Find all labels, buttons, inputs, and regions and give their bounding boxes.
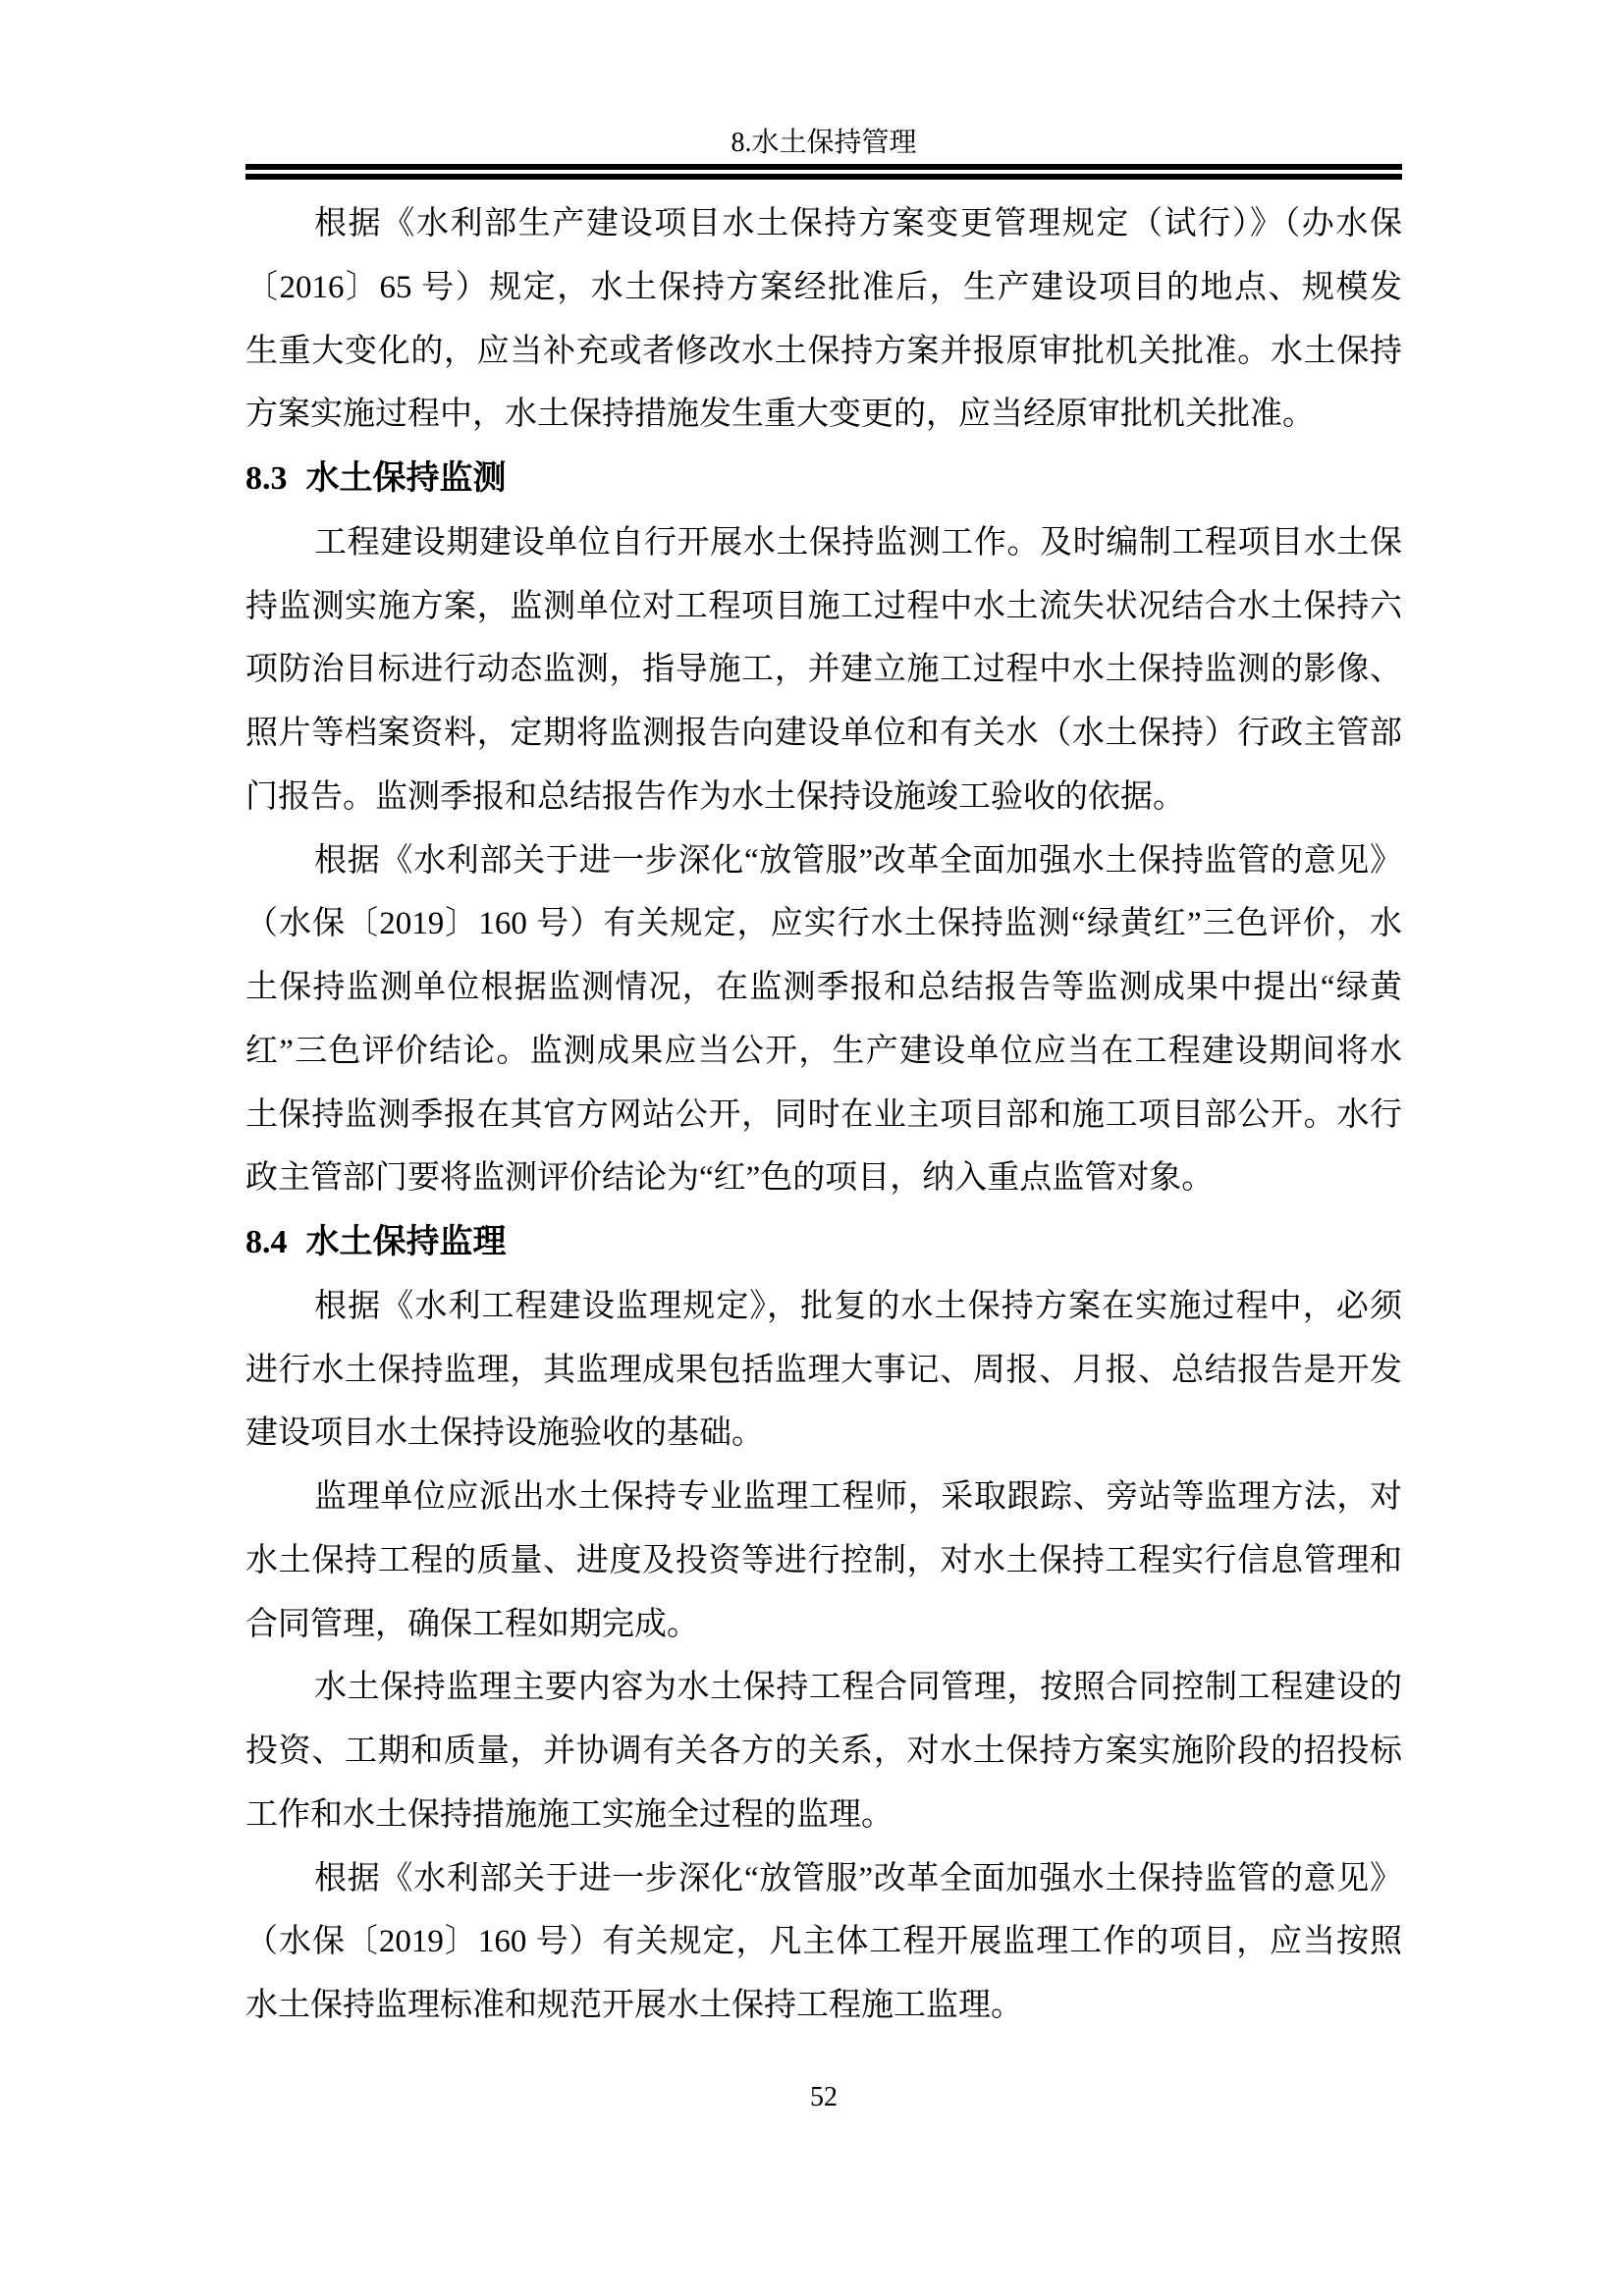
section-number: 8.4	[245, 1224, 288, 1260]
running-head-title: 8.水土保持管理	[245, 126, 1402, 161]
text-line: 政主管部门要将监测评价结论为“红”色的项目，纳入重点监管对象。	[245, 1147, 1402, 1210]
section-heading: 8.4水土保持监理	[245, 1210, 1402, 1275]
text-line: 〔2016〕65 号）规定，水土保持方案经批准后，生产建设项目的地点、规模发	[245, 256, 1402, 320]
section-number: 8.3	[245, 460, 288, 497]
text-line: 根据《水利工程建设监理规定》，批复的水土保持方案在实施过程中，必须	[245, 1275, 1402, 1339]
section-title: 水土保持监理	[306, 1222, 507, 1261]
text-line: 门报告。监测季报和总结报告作为水土保持设施竣工验收的依据。	[245, 766, 1402, 829]
header-rule	[245, 164, 1402, 180]
page-header: 8.水土保持管理	[245, 126, 1402, 180]
text-line: 建设项目水土保持设施验收的基础。	[245, 1402, 1402, 1466]
text-line: 水土保持监理标准和规范开展水土保持工程施工监理。	[245, 1974, 1402, 2038]
text-line: 土保持监测单位根据监测情况，在监测季报和总结报告等监测成果中提出“绿黄	[245, 956, 1402, 1020]
page-number: 52	[810, 2082, 838, 2112]
text-line: 投资、工期和质量，并协调有关各方的关系，对水土保持方案实施阶段的招投标	[245, 1720, 1402, 1784]
section-heading: 8.3水土保持监测	[245, 447, 1402, 511]
text-line: 根据《水利部生产建设项目水土保持方案变更管理规定（试行）》（办水保	[245, 192, 1402, 256]
text-line: 水土保持监理主要内容为水土保持工程合同管理，按照合同控制工程建设的	[245, 1656, 1402, 1720]
section-title: 水土保持监测	[306, 458, 507, 498]
text-line: 方案实施过程中，水土保持措施发生重大变更的，应当经原审批机关批准。	[245, 383, 1402, 447]
text-line: 工作和水土保持措施施工实施全过程的监理。	[245, 1784, 1402, 1847]
text-line: 土保持监测季报在其官方网站公开，同时在业主项目部和施工项目部公开。水行	[245, 1084, 1402, 1148]
text-line: （水保〔2019〕160 号）有关规定，应实行水土保持监测“绿黄红”三色评价，水	[245, 892, 1402, 956]
text-line: 持监测实施方案，监测单位对工程项目施工过程中水土流失状况结合水土保持六	[245, 575, 1402, 639]
text-line: 红”三色评价结论。监测成果应当公开，生产建设单位应当在工程建设期间将水	[245, 1020, 1402, 1084]
document-body: 根据《水利部生产建设项目水土保持方案变更管理规定（试行）》（办水保〔2016〕6…	[245, 192, 1402, 2038]
text-line: 监理单位应派出水土保持专业监理工程师，采取跟踪、旁站等监理方法，对	[245, 1466, 1402, 1529]
page: 8.水土保持管理 根据《水利部生产建设项目水土保持方案变更管理规定（试行）》（办…	[0, 0, 1624, 2296]
text-line: 进行水土保持监理，其监理成果包括监理大事记、周报、月报、总结报告是开发	[245, 1339, 1402, 1403]
text-line: 水土保持工程的质量、进度及投资等进行控制，对水土保持工程实行信息管理和	[245, 1529, 1402, 1593]
text-line: 项防治目标进行动态监测，指导施工，并建立施工过程中水土保持监测的影像、	[245, 638, 1402, 702]
text-line: 根据《水利部关于进一步深化“放管服”改革全面加强水土保持监管的意见》	[245, 1847, 1402, 1911]
header-rule-bottom-line	[245, 174, 1402, 180]
text-line: 根据《水利部关于进一步深化“放管服”改革全面加强水土保持监管的意见》	[245, 829, 1402, 893]
page-footer: 52	[245, 2081, 1402, 2114]
text-line: 生重大变化的，应当补充或者修改水土保持方案并报原审批机关批准。水土保持	[245, 320, 1402, 384]
text-line: 合同管理，确保工程如期完成。	[245, 1593, 1402, 1657]
text-line: 工程建设期建设单位自行开展水土保持监测工作。及时编制工程项目水土保	[245, 511, 1402, 575]
text-line: （水保〔2019〕160 号）有关规定，凡主体工程开展监理工作的项目，应当按照	[245, 1910, 1402, 1974]
text-line: 照片等档案资料，定期将监测报告向建设单位和有关水（水土保持）行政主管部	[245, 702, 1402, 766]
content-column: 8.水土保持管理 根据《水利部生产建设项目水土保持方案变更管理规定（试行）》（办…	[245, 0, 1402, 2114]
